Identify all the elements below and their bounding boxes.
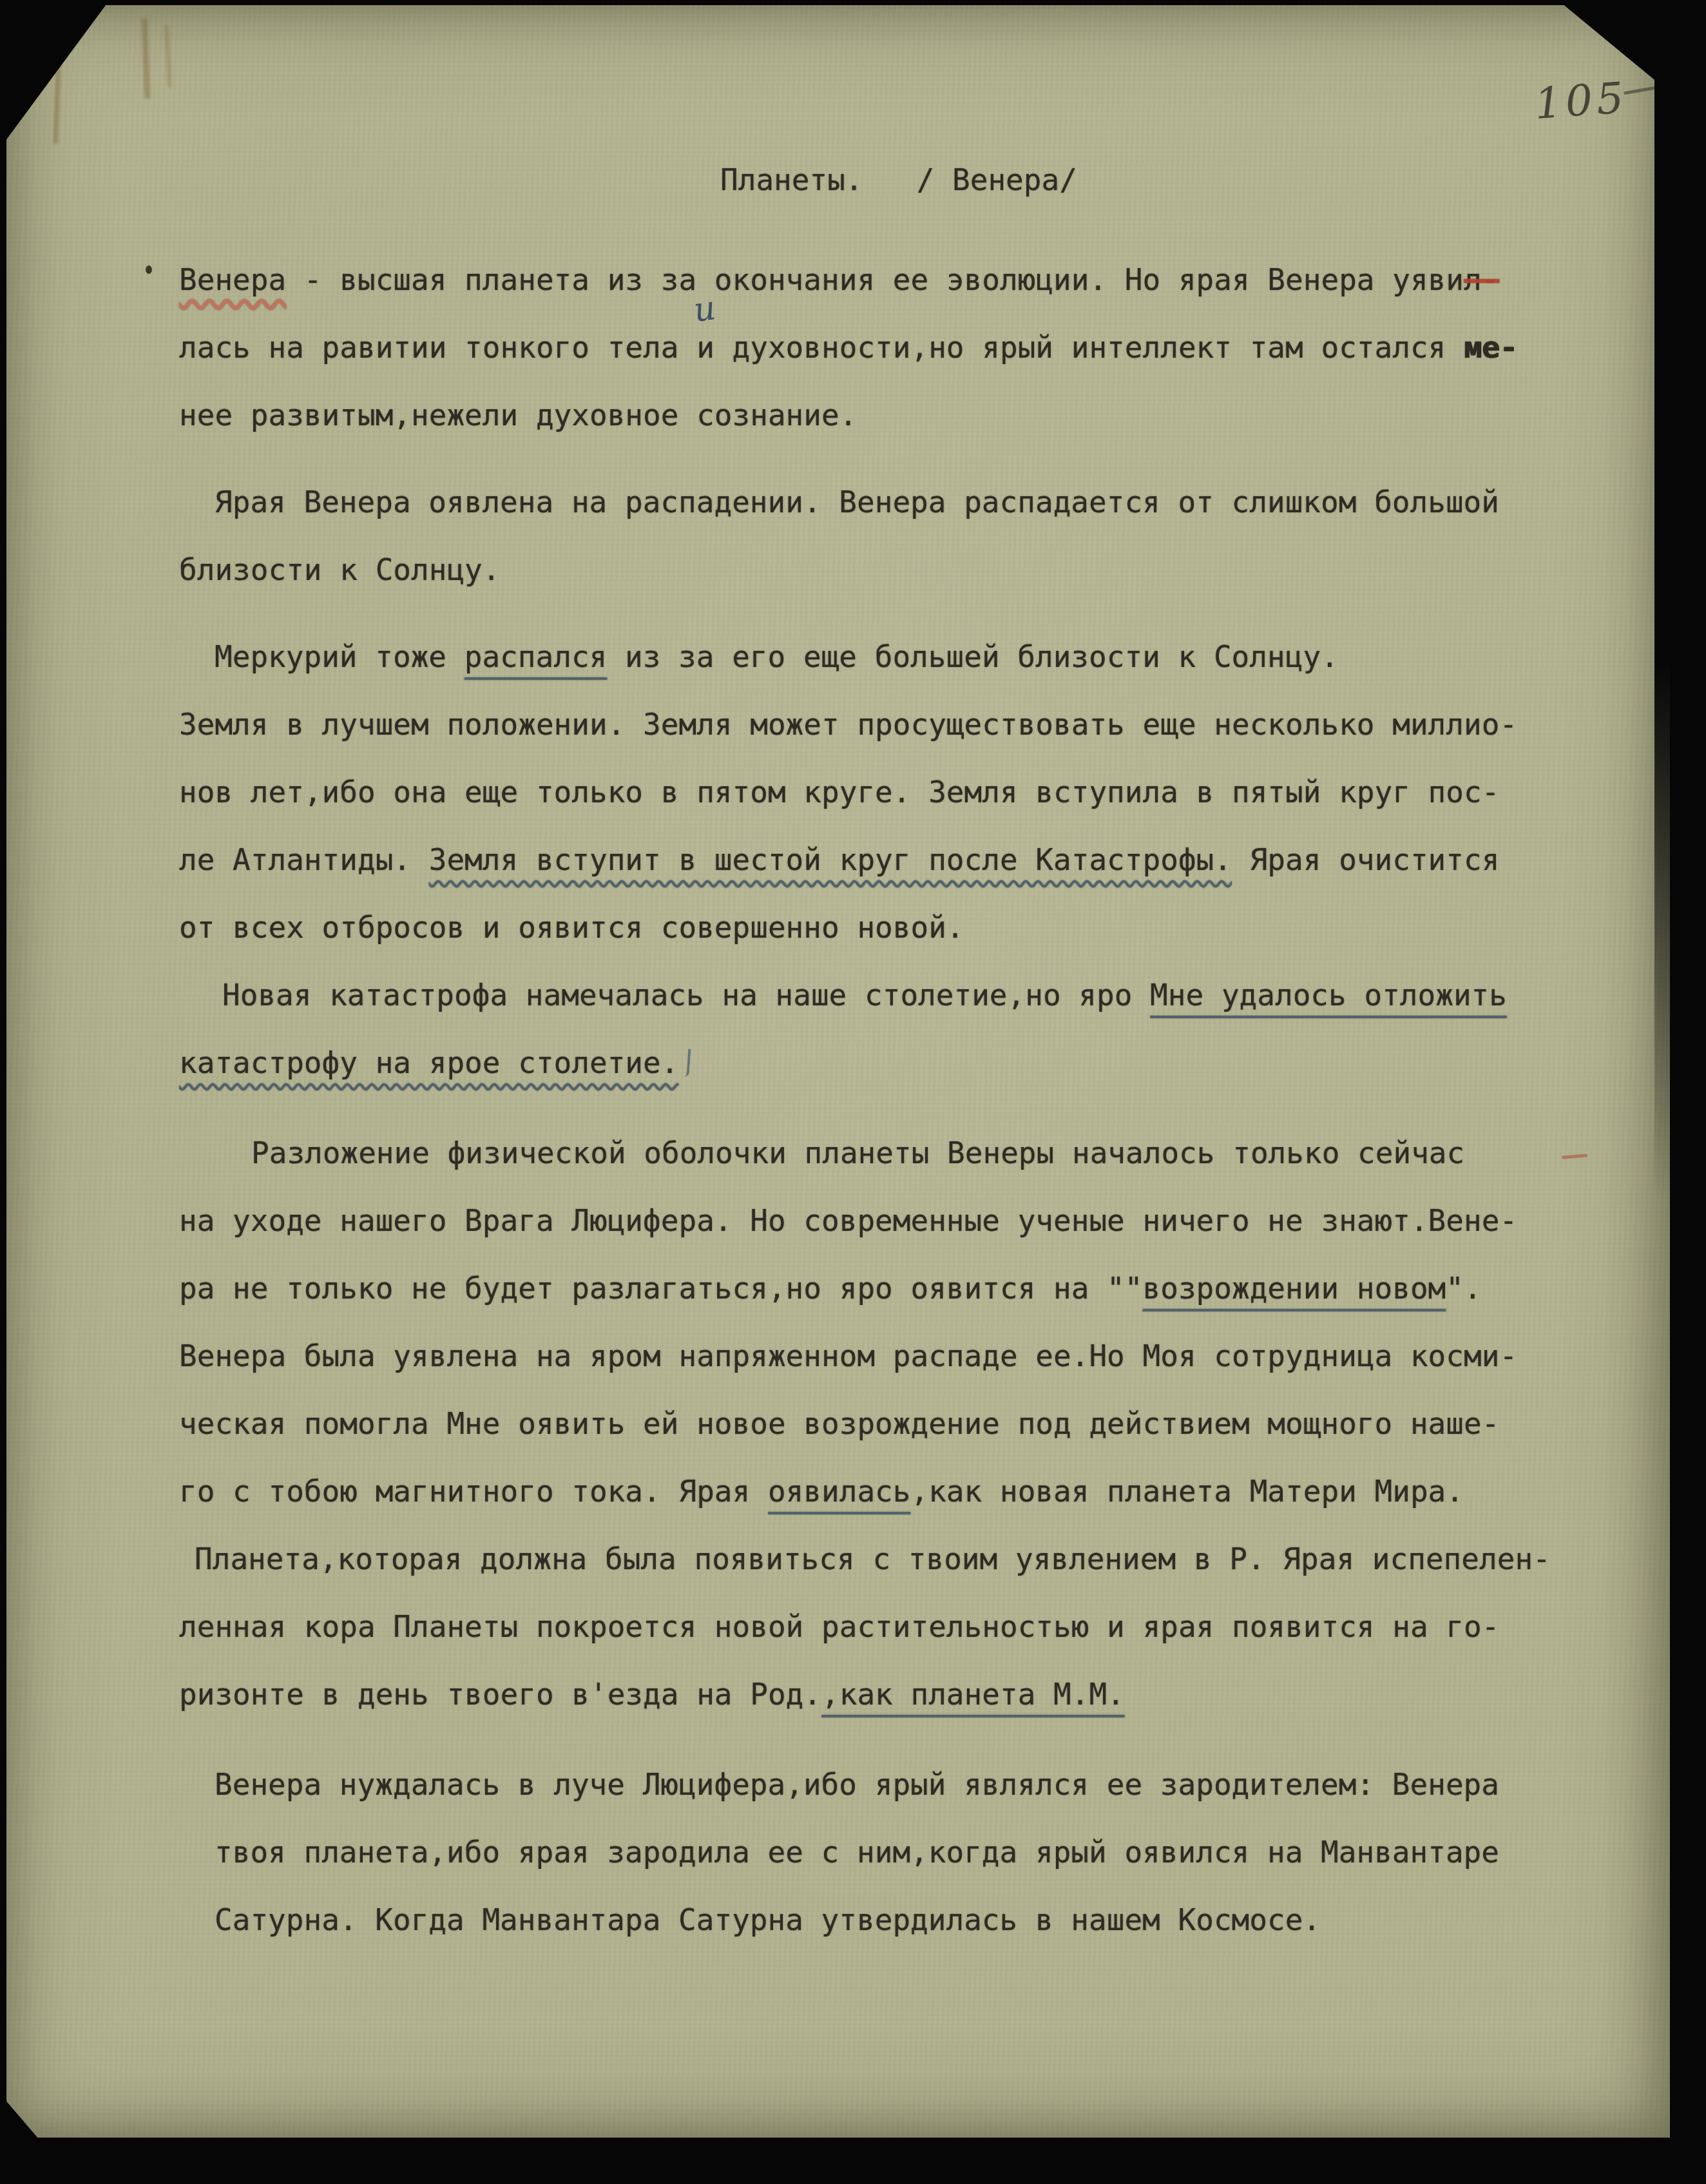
typed-text: Венера была уявлена на яром напряженном … <box>179 1338 1517 1373</box>
typed-text: Меркурий тоже <box>215 639 465 674</box>
typed-line: Венера нуждалась в луче Люцифера,ибо яры… <box>215 1764 1499 1809</box>
typed-line: близости к Солнцу. <box>179 549 501 594</box>
typed-text: Ярая очистится <box>1232 842 1499 877</box>
typed-text: ра не только не будет разлагаться,но яро… <box>179 1271 1143 1306</box>
ink-underlined-phrase: распался <box>465 639 608 674</box>
typed-text: Ярая Венера оявлена на распадении. Венер… <box>215 485 1499 519</box>
ink-underlined-phrase: Мне удалось отложить <box>1150 978 1507 1012</box>
typed-line: Земля в лучшем положении. Земля может пр… <box>179 704 1517 749</box>
typed-line: Меркурий тоже распался из за его еще бол… <box>215 636 1339 681</box>
typed-text: Разложение физической оболочки планеты В… <box>251 1135 1464 1170</box>
typed-text: ии <box>696 330 714 365</box>
typed-text: ризонте в день твоего в'езда на Род. <box>179 1677 821 1712</box>
typed-text: Сатурна. Когда Манвантара Сатурна утверд… <box>215 1902 1321 1937</box>
ink-underlined-phrase: возрождении новом <box>1143 1271 1446 1306</box>
typed-line: Сатурна. Когда Манвантара Сатурна утверд… <box>215 1899 1321 1944</box>
typed-text: из за его еще большей близости к Солнцу. <box>607 639 1338 674</box>
page-title: Планеты. / Венера/ <box>720 162 1077 197</box>
typed-line: на уходе нашего Врага Люцифера. Но совре… <box>179 1200 1517 1245</box>
ink-underlined-phrase: оявилась <box>768 1474 911 1509</box>
typed-line: го с тобою магнитного тока. Ярая оявилас… <box>179 1471 1464 1516</box>
typed-line: Планета,которая должна была появиться с … <box>195 1538 1551 1583</box>
typed-text: ле Атлантиды. <box>179 842 429 877</box>
typed-text: Венера нуждалась в луче Люцифера,ибо яры… <box>215 1767 1499 1802</box>
document-scan: 105 Планеты. / Венера/ Венера - высшая п… <box>0 0 1706 2184</box>
typed-line: Венера - высшая планета из за окончания … <box>179 259 1499 304</box>
typed-line: от всех отбросов и оявится совершенно но… <box>179 907 964 952</box>
ink-underlined-phrase: Земля вступит в шестой круг после Катаст… <box>429 842 1232 877</box>
handwritten-page-number: 105 <box>1533 73 1629 129</box>
typed-line: лась на равитии тонкого тела ии духовнос… <box>179 327 1517 372</box>
typed-line: твоя планета,ибо ярая зародила ее с ним,… <box>215 1831 1499 1877</box>
typed-line: ра не только не будет разлагаться,но яро… <box>179 1268 1482 1313</box>
typed-line: Ярая Венера оявлена на распадении. Венер… <box>215 481 1499 527</box>
scan-edge <box>1654 0 1680 1201</box>
ink-underlined-phrase: ,как планета М.М. <box>821 1677 1125 1712</box>
typed-line: Новая катастрофа намечалась на наше стол… <box>222 974 1507 1020</box>
typed-text: ". <box>1446 1271 1481 1306</box>
ink-tick-mark <box>682 1049 691 1078</box>
typed-line: ризонте в день твоего в'езда на Род.,как… <box>179 1674 1125 1719</box>
typed-text: ,как новая планета Матери Мира. <box>910 1474 1464 1509</box>
typed-text: нее развитым,нежели духовное сознание. <box>179 398 857 432</box>
typed-text: го с тобою магнитного тока. Ярая <box>179 1474 768 1509</box>
typed-line: ле Атлантиды. Земля вступит в шестой кру… <box>179 839 1499 884</box>
typed-line: Венера была уявлена на яром напряженном … <box>179 1335 1517 1380</box>
typed-text: на уходе нашего Врага Люцифера. Но совре… <box>179 1203 1517 1238</box>
overtyped-text: ме- <box>1464 330 1517 365</box>
typed-text: Планета,которая должна была появиться с … <box>195 1541 1551 1576</box>
typed-line: катастрофу на ярое столетие. <box>179 1042 690 1087</box>
typed-text: лась на равитии тонкого тела <box>179 330 696 365</box>
typed-line: ческая помогла Мне оявить ей новое возро… <box>179 1403 1499 1448</box>
typed-text: ческая помогла Мне оявить ей новое возро… <box>179 1406 1499 1441</box>
typed-line: нов лет,ибо она еще только в пятом круге… <box>179 771 1499 817</box>
typed-line: Разложение физической оболочки планеты В… <box>251 1132 1464 1177</box>
typed-line: ленная кора Планеты покроется новой раст… <box>179 1606 1499 1651</box>
ink-dot <box>146 266 152 274</box>
typed-line: нее развитым,нежели духовное сознание. <box>179 394 857 440</box>
ink-underlined-phrase: катастрофу на ярое столетие. <box>179 1045 678 1080</box>
typed-text: и <box>696 330 714 365</box>
red-underlined-word: Венера <box>179 262 286 297</box>
typed-text: - высшая планета из за окончания ее эвол… <box>286 262 1464 297</box>
typed-text: ленная кора Планеты покроется новой раст… <box>179 1609 1499 1644</box>
typed-text: твоя планета,ибо ярая зародила ее с ним,… <box>215 1835 1499 1870</box>
typed-text: Новая катастрофа намечалась на наше стол… <box>222 978 1150 1012</box>
typed-text: нов лет,ибо она еще только в пятом круге… <box>179 775 1499 809</box>
typed-text: духовности,но ярый интеллект там остался <box>714 330 1464 365</box>
typed-text: от всех отбросов и оявится совершенно но… <box>179 910 964 945</box>
typed-text: Земля в лучшем положении. Земля может пр… <box>179 707 1517 742</box>
red-struck-text: л- <box>1464 262 1499 297</box>
typed-text: близости к Солнцу. <box>179 552 501 587</box>
